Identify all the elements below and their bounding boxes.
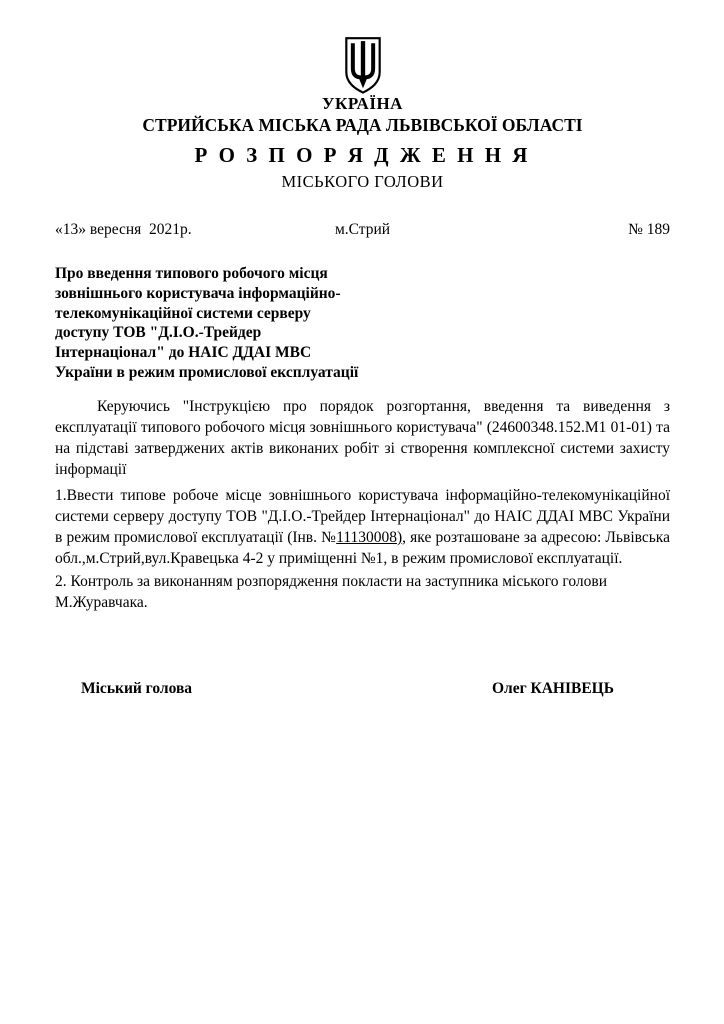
document-date: «13» вересня 2021р. (55, 220, 335, 240)
subject-line: України в режим промислової експлуатації (55, 363, 415, 383)
ukraine-trident-icon (341, 36, 385, 94)
document-meta-row: «13» вересня 2021р. м.Стрий № 189 (55, 220, 670, 240)
document-number: № 189 (390, 220, 670, 240)
emblem-container (55, 36, 670, 94)
document-type-title: Р О З П О Р Я Д Ж Е Н Н Я (55, 142, 670, 168)
country-name: УКРАЇНА (55, 94, 670, 114)
document-header: УКРАЇНА СТРИЙСЬКА МІСЬКА РАДА ЛЬВІВСЬКОЇ… (55, 36, 670, 192)
subject-line: доступу ТОВ "Д.І.О.-Трейдер (55, 323, 415, 343)
subject-block: Про введення типового робочого місця зов… (55, 264, 415, 383)
document-page: УКРАЇНА СТРИЙСЬКА МІСЬКА РАДА ЛЬВІВСЬКОЇ… (0, 0, 724, 1024)
document-subtitle: МІСЬКОГО ГОЛОВИ (55, 172, 670, 192)
inventory-number: 11130008) (336, 529, 402, 546)
subject-line: зовнішнього користувача інформаційно- (55, 284, 415, 304)
signature-row: Міський голова Олег КАНІВЕЦЬ (55, 679, 670, 699)
order-item-2: 2. Контроль за виконанням розпорядження … (55, 571, 670, 613)
signatory-title: Міський голова (81, 679, 192, 699)
subject-line: телекомунікаційної системи серверу (55, 304, 415, 324)
preamble-paragraph: Керуючись "Інструкцією про порядок розго… (55, 396, 670, 480)
document-place: м.Стрий (335, 220, 390, 240)
signatory-name: Олег КАНІВЕЦЬ (492, 679, 614, 699)
council-name: СТРИЙСЬКА МІСЬКА РАДА ЛЬВІВСЬКОЇ ОБЛАСТІ (55, 114, 670, 136)
order-item-1: 1.Ввести типове робоче місце зовнішнього… (55, 485, 670, 569)
subject-line: Інтернаціонал" до НАІС ДДАІ МВС (55, 343, 415, 363)
subject-line: Про введення типового робочого місця (55, 264, 415, 284)
